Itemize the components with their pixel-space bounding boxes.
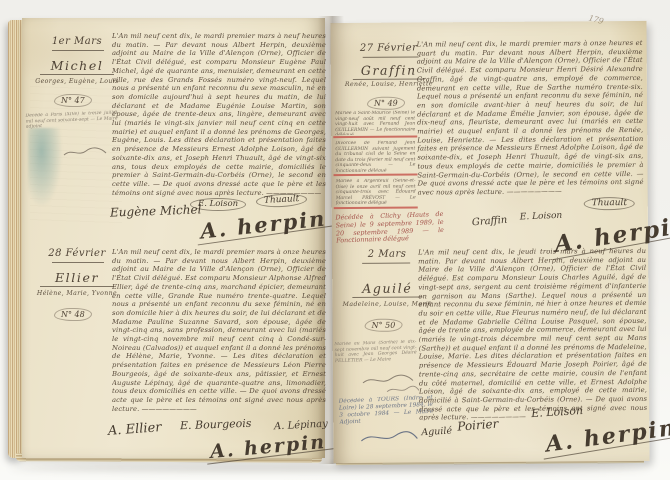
left-page-edges: [8, 20, 23, 458]
signature-graffin: Graffin: [471, 215, 507, 229]
photo-backdrop: 1er Mars Michel Georges, Eugène, Louis N…: [0, 0, 670, 480]
red-rule: [334, 174, 418, 176]
ruled-underline: [52, 50, 104, 51]
right-page: 179 27 Février Graffin Renée, Louise, He…: [330, 21, 649, 463]
signature-herpin-adjoint: A. herpin: [544, 415, 670, 458]
entry-47-margin-note: Décédé à Paris (XIVe) le treize juillet …: [25, 110, 118, 147]
entry-49-remarriage-mention: Mariée à Argenteuil (Seine-et-Oise) le o…: [336, 179, 416, 206]
signature-lepinay: A. Lépinay: [274, 419, 328, 433]
ruled-underline: [362, 263, 410, 264]
entry-50-act-text: L'An mil neuf cent dix, le jeudi trois m…: [418, 247, 647, 421]
entry-49-act-number: N° 49: [367, 97, 405, 110]
entry-48-surname: Ellier: [30, 270, 124, 285]
signature-poirier: Poirier: [457, 417, 499, 434]
entry-49-divorce-mention: Divorcée de Fernand Jean GUILLERMIN suiv…: [335, 141, 415, 173]
entry-47-date: 1er Mars: [34, 36, 120, 47]
entry-48-act-text: L'An mil neuf cent dix, le mardi premier…: [112, 248, 326, 416]
red-rule: [333, 136, 417, 138]
left-page: 1er Mars Michel Georges, Eugène, Louis N…: [22, 18, 325, 458]
book-shadow: [10, 464, 650, 471]
entry-50-marriage-mention: Mariée au Mans (Sarthe) le dix-sept nove…: [334, 339, 417, 372]
ruled-underline: [52, 262, 104, 263]
entry-49-marriage-mention: Mariée à Saint-Maurice (Seine) le vingt-…: [335, 111, 415, 136]
signature-loison: E. Loison: [520, 211, 563, 223]
entry-48-date: 28 Février: [34, 248, 120, 259]
signature-thuault: Thuault: [256, 193, 308, 209]
signature-loison: E. Loison: [190, 198, 246, 211]
entry-48-act-number: N° 48: [54, 308, 92, 321]
entry-47-surname: Michel: [30, 58, 124, 73]
ruled-underline: [352, 296, 422, 297]
signature-ellier: A. Ellier: [108, 420, 162, 439]
signature-flourish: [359, 428, 419, 444]
signature-aguile: Aguilé: [421, 425, 452, 438]
ruled-underline: [363, 56, 419, 57]
entry-47-act-number: N° 47: [54, 94, 92, 107]
red-rule: [334, 207, 418, 209]
signature-flourish: [62, 146, 108, 158]
signature-herpin-adjoint: A. herpin: [199, 205, 327, 243]
folio-number: 179: [588, 13, 605, 26]
signature-flourish: [385, 384, 421, 394]
entry-49-death-note: Décédée à Clichy (Hauts de Seine) le 9 s…: [335, 211, 444, 253]
entry-49-act-text: L'An mil neuf cent dix, le mardi premier…: [417, 39, 644, 215]
entry-50-date: 2 Mars: [352, 248, 422, 259]
signature-bourgeois: E. Bourgeois: [180, 417, 252, 432]
entry-50-act-number: N° 50: [365, 319, 403, 332]
signature-eugene-michel: Eugène Michel: [110, 202, 202, 219]
ruled-underline: [40, 286, 114, 287]
ruled-underline: [40, 74, 114, 75]
entry-47-act-text: L'An mil neuf cent dix, le mardi premier…: [112, 32, 326, 204]
